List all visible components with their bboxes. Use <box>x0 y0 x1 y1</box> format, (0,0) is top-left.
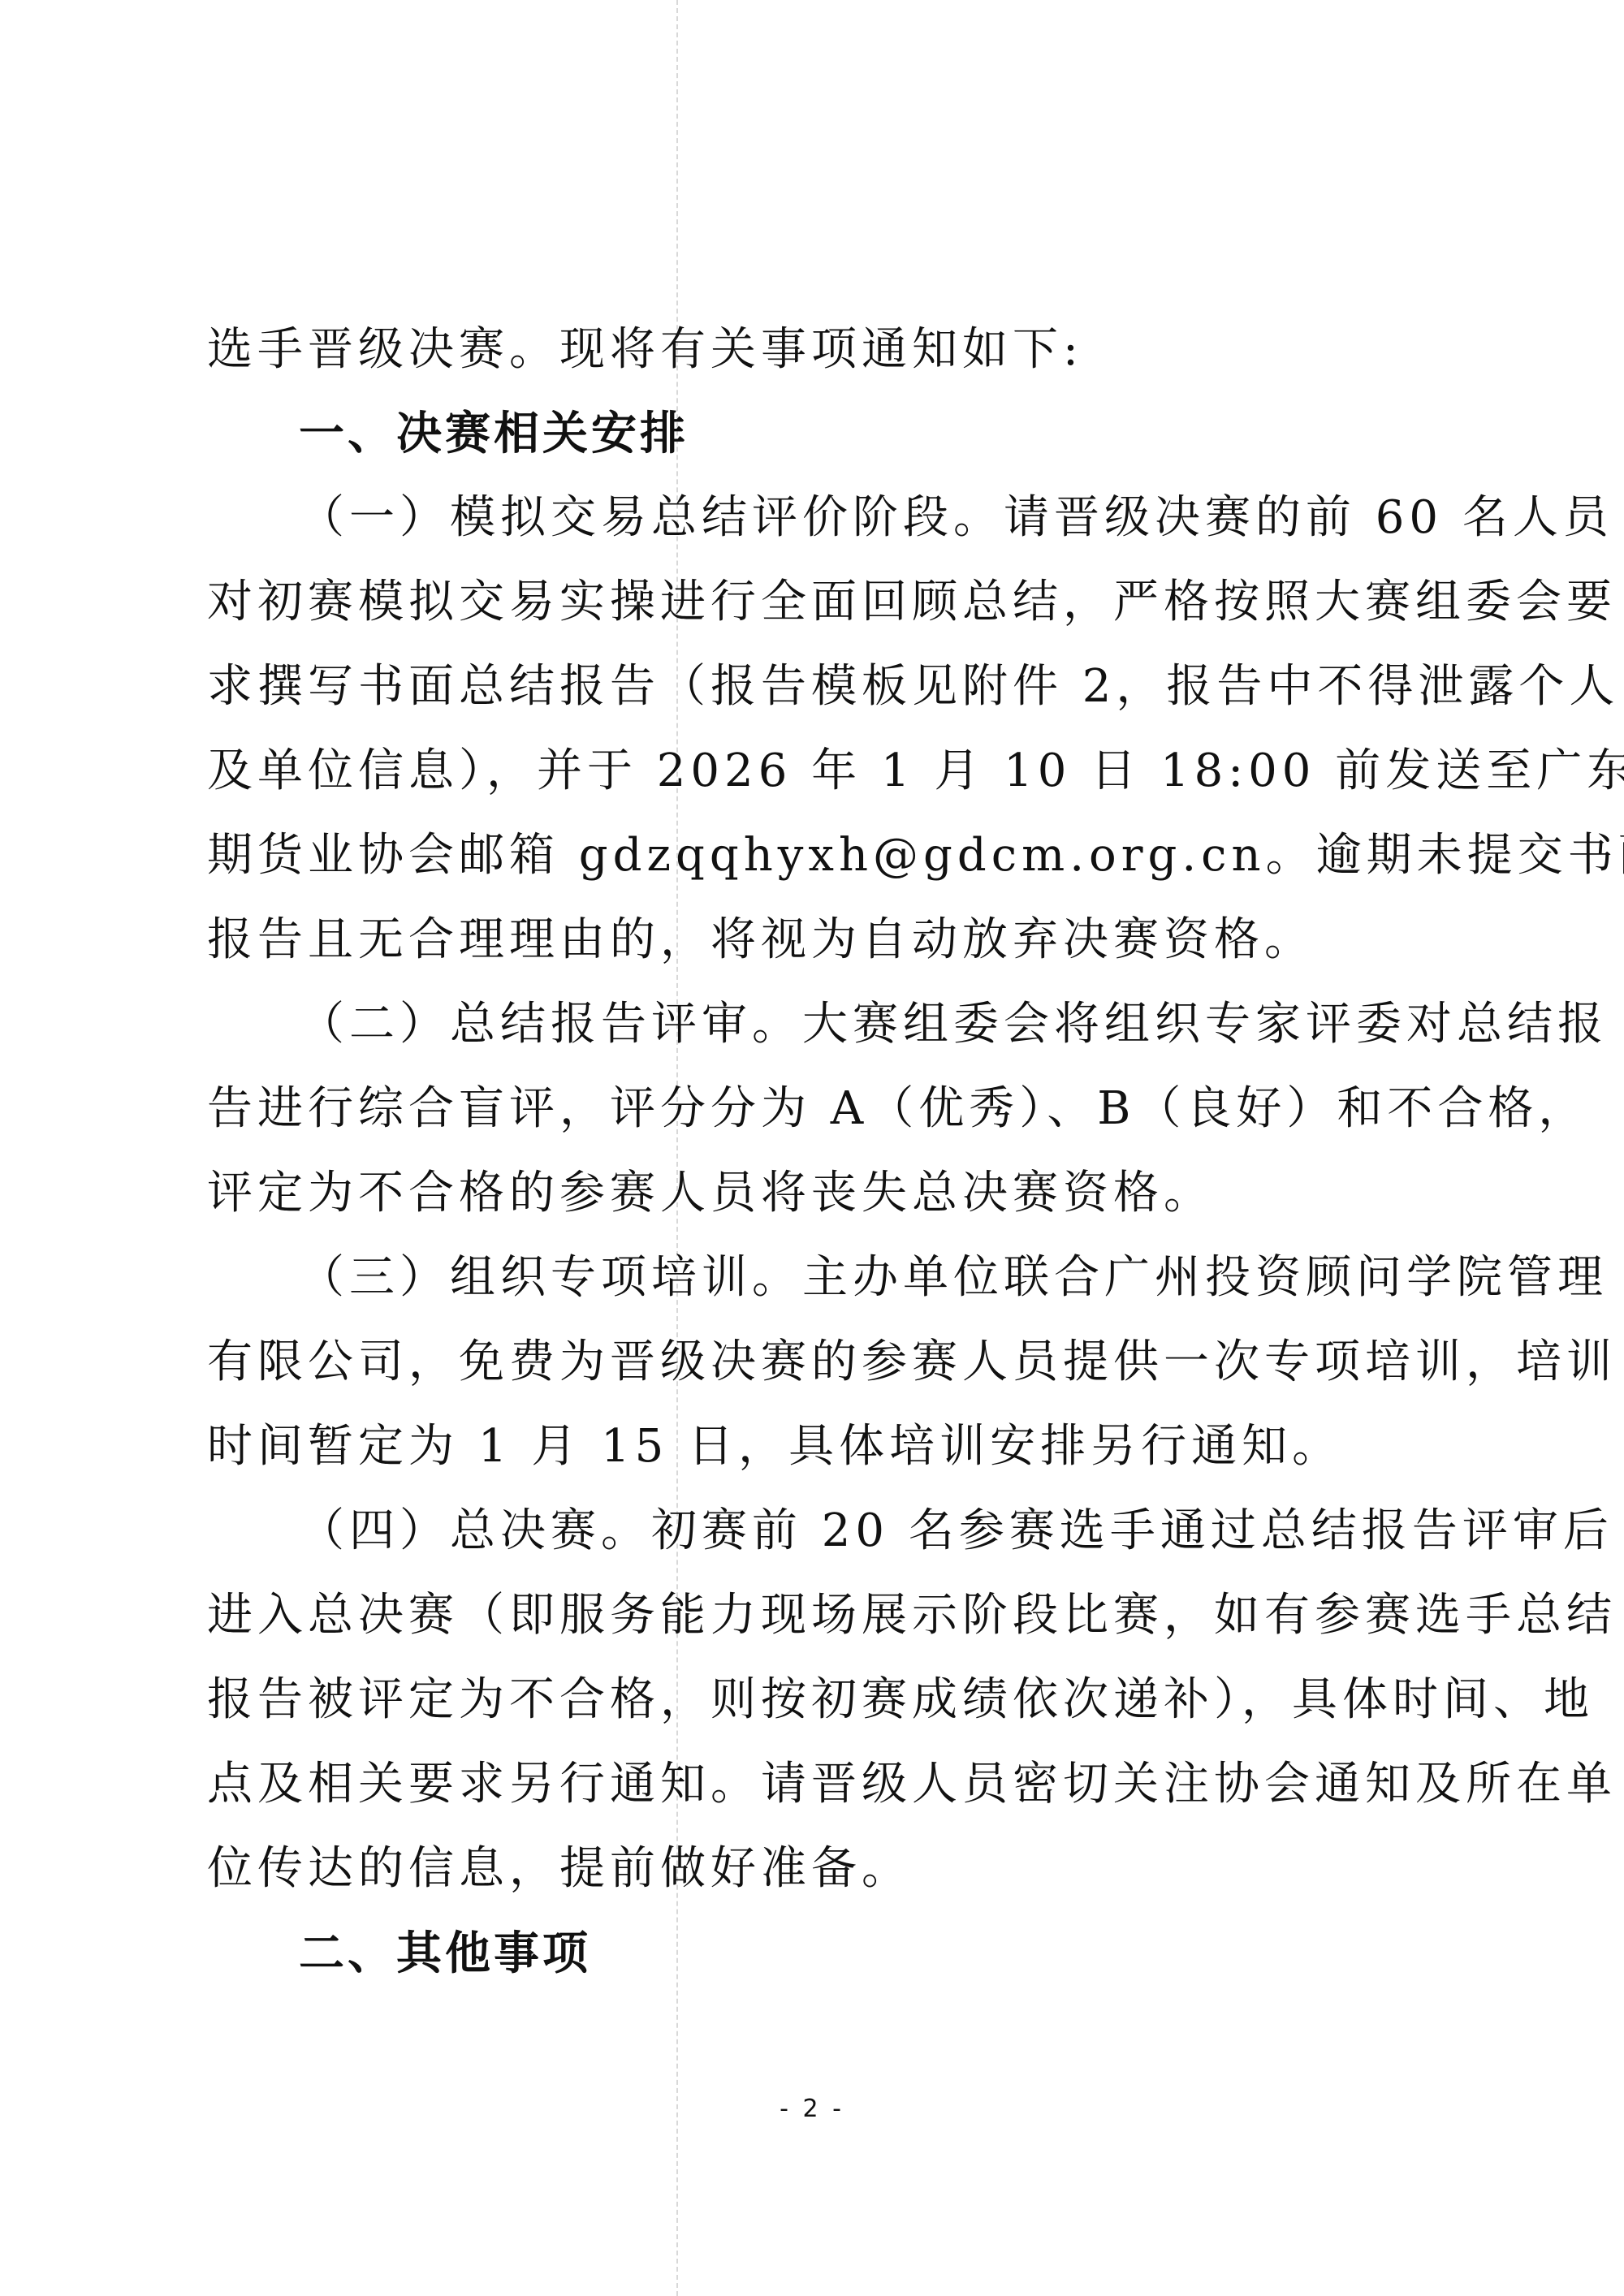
section-2-heading: 二、其他事项 <box>299 1926 591 1983</box>
item-4-line-5: 位传达的信息，提前做好准备。 <box>207 1841 1425 1897</box>
item-1-line-4: 及单位信息），并于 2026 年 1 月 10 日 18:00 前发送至广东证券 <box>207 743 1425 800</box>
item-4-line-1: （四）总决赛。初赛前 20 名参赛选手通过总结报告评审后 <box>299 1503 1425 1560</box>
item-2-line-2: 告进行综合盲评，评分分为 A（优秀）、B（良好）和不合格， <box>207 1081 1425 1137</box>
item-3-line-2: 有限公司，免费为晋级决赛的参赛人员提供一次专项培训，培训 <box>207 1334 1425 1391</box>
item-4-line-4: 点及相关要求另行通知。请晋级人员密切关注协会通知及所在单 <box>207 1756 1425 1813</box>
item-2-line-1: （二）总结报告评审。大赛组委会将组织专家评委对总结报 <box>299 996 1425 1053</box>
document-page: 选手晋级决赛。现将有关事项通知如下: 一、决赛相关安排 （一）模拟交易总结评价阶… <box>0 0 1624 2296</box>
item-1-line-3: 求撰写书面总结报告（报告模板见附件 2，报告中不得泄露个人 <box>207 658 1425 715</box>
item-1-line-1: （一）模拟交易总结评价阶段。请晋级决赛的前 60 名人员 <box>299 490 1425 546</box>
item-4-line-2: 进入总决赛（即服务能力现场展示阶段比赛，如有参赛选手总结 <box>207 1587 1425 1644</box>
item-1-line-5: 期货业协会邮箱 gdzqqhyxh@gdcm.org.cn。逾期未提交书面总结 <box>207 827 1425 884</box>
page-number: - 2 - <box>0 2095 1624 2123</box>
intro-line: 选手晋级决赛。现将有关事项通知如下: <box>207 322 1425 378</box>
item-3-line-1: （三）组织专项培训。主办单位联合广州投资顾问学院管理 <box>299 1249 1425 1306</box>
section-1-heading: 一、决赛相关安排 <box>299 406 689 463</box>
item-4-line-3: 报告被评定为不合格，则按初赛成绩依次递补），具体时间、地 <box>207 1672 1425 1728</box>
item-1-line-2: 对初赛模拟交易实操进行全面回顾总结，严格按照大赛组委会要 <box>207 574 1425 631</box>
item-1-line-6: 报告且无合理理由的，将视为自动放弃决赛资格。 <box>207 912 1425 969</box>
item-3-line-3: 时间暂定为 1 月 15 日，具体培训安排另行通知。 <box>207 1418 1425 1475</box>
item-2-line-3: 评定为不合格的参赛人员将丧失总决赛资格。 <box>207 1165 1425 1222</box>
